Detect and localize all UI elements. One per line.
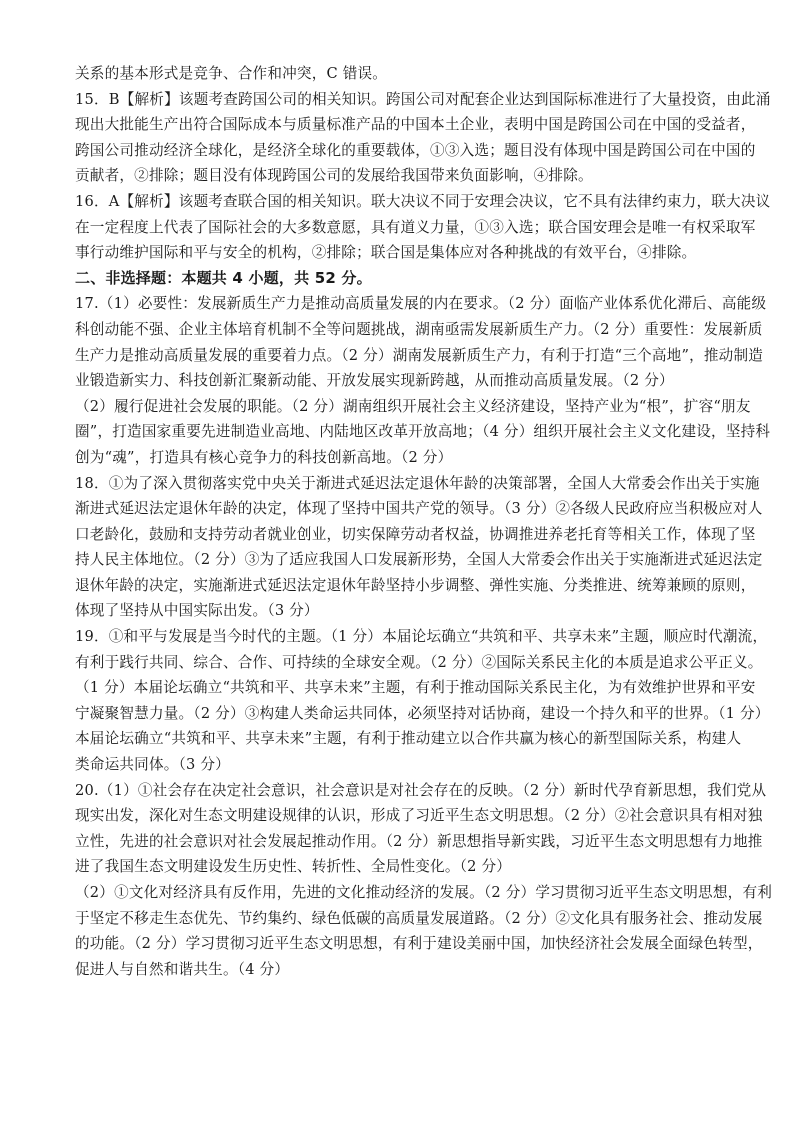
text-line: 立性，先进的社会意识对社会发展起推动作用。（2 分）新思想指导新实践，习近平生态… <box>75 829 730 855</box>
text-line: 创为“魂”，打造具有核心竞争力的科技创新高地。（2 分） <box>75 445 730 471</box>
text-line: 生产力是推动高质量发展的重要着力点。（2 分）湖南发展新质生产力，有利于打造“三… <box>75 343 730 369</box>
text-line: 进了我国生态文明建设发生历史性、转折性、全局性变化。（2 分） <box>75 854 730 880</box>
text-line: 现实出发，深化对生态文明建设规律的认识，形成了习近平生态文明思想。（2 分）②社… <box>75 803 730 829</box>
text-line: 于坚定不移走生态优先、节约集约、绿色低碳的高质量发展道路。（2 分）②文化具有服… <box>75 906 730 932</box>
text-line: 持人民主体地位。（2 分）③为了适应我国人口发展新形势，全国人大常委会作出关于实… <box>75 547 730 573</box>
text-line: （2）履行促进社会发展的职能。（2 分）湖南组织开展社会主义经济建设，坚持产业为… <box>75 394 730 420</box>
text-line: 现出大批能生产出符合国际成本与质量标准产品的中国本土企业，表明中国是跨国公司在中… <box>75 112 730 138</box>
answer-q17-part1: 17.（1）必要性：发展新质生产力是推动高质量发展的内在要求。（2 分）面临产业… <box>75 291 730 393</box>
text-line: 宁凝聚智慧力量。（2 分）③构建人类命运共同体，必须坚持对话协商，建设一个持久和… <box>75 701 730 727</box>
text-line: 跨国公司推动经济全球化，是经济全球化的重要载体，①③入选；题目没有体现中国是跨国… <box>75 138 730 164</box>
answer-q20-part2: （2）①文化对经济具有反作用，先进的文化推动经济的发展。（2 分）学习贯彻习近平… <box>75 880 730 982</box>
text-line: 有利于践行共同、综合、合作、可持续的全球安全观。（2 分）②国际关系民主化的本质… <box>75 650 730 676</box>
q14-tail-line: 关系的基本形式是竞争、合作和冲突，C 错误。 <box>75 61 730 87</box>
answer-document: 关系的基本形式是竞争、合作和冲突，C 错误。 15．B【解析】该题考查跨国公司的… <box>75 61 730 982</box>
text-line: （2）①文化对经济具有反作用，先进的文化推动经济的发展。（2 分）学习贯彻习近平… <box>75 880 730 906</box>
text-line: 19．①和平与发展是当今时代的主题。（1 分）本届论坛确立“共筑和平、共享未来”… <box>75 624 730 650</box>
text-line: 科创动能不强、企业主体培育机制不全等问题挑战，湖南亟需发展新质生产力。（2 分）… <box>75 317 730 343</box>
text-line: 业锻造新实力、科技创新汇聚新动能、开放发展实现新跨越，从而推动高质量发展。（2 … <box>75 368 730 394</box>
text-line: （1 分）本届论坛确立“共筑和平、共享未来”主题，有利于推动国际关系民主化，为有… <box>75 675 730 701</box>
text-line: 事行动维护国际和平与安全的机构，②排除；联合国是集体应对各种挑战的有效平台，④排… <box>75 240 730 266</box>
answer-q20-part1: 20.（1）①社会存在决定社会意识，社会意识是对社会存在的反映。（2 分）新时代… <box>75 778 730 880</box>
text-line: 体现了坚持从中国实际出发。（3 分） <box>75 598 730 624</box>
section-heading: 二、非选择题：本题共 4 小题，共 52 分。 <box>75 266 730 292</box>
text-line: 17.（1）必要性：发展新质生产力是推动高质量发展的内在要求。（2 分）面临产业… <box>75 291 730 317</box>
text-line: 20.（1）①社会存在决定社会意识，社会意识是对社会存在的反映。（2 分）新时代… <box>75 778 730 804</box>
text-line: 18．①为了深入贯彻落实党中央关于渐进式延迟法定退休年龄的决策部署，全国人大常委… <box>75 471 730 497</box>
answer-q18: 18．①为了深入贯彻落实党中央关于渐进式延迟法定退休年龄的决策部署，全国人大常委… <box>75 471 730 625</box>
text-line: 退休年龄的决定，实施渐进式延迟法定退休年龄坚持小步调整、弹性实施、分类推进、统筹… <box>75 573 730 599</box>
answer-q19: 19．①和平与发展是当今时代的主题。（1 分）本届论坛确立“共筑和平、共享未来”… <box>75 624 730 778</box>
answer-q16: 16．A【解析】该题考查联合国的相关知识。联大决议不同于安理会决议，它不具有法律… <box>75 189 730 266</box>
text-line: 类命运共同体。（3 分） <box>75 752 730 778</box>
text-line: 15．B【解析】该题考查跨国公司的相关知识。跨国公司对配套企业达到国际标准进行了… <box>75 87 730 113</box>
text-line: 促进人与自然和谐共生。（4 分） <box>75 957 730 983</box>
text-line: 的功能。（2 分）学习贯彻习近平生态文明思想，有利于建设美丽中国，加快经济社会发… <box>75 931 730 957</box>
text-line: 本届论坛确立“共筑和平、共享未来”主题，有利于推动建立以合作共赢为核心的新型国际… <box>75 726 730 752</box>
answer-q15: 15．B【解析】该题考查跨国公司的相关知识。跨国公司对配套企业达到国际标准进行了… <box>75 87 730 189</box>
text-line: 16．A【解析】该题考查联合国的相关知识。联大决议不同于安理会决议，它不具有法律… <box>75 189 730 215</box>
text-line: 贡献者，②排除；题目没有体现跨国公司的发展给我国带来负面影响，④排除。 <box>75 163 730 189</box>
text-line: 口老龄化，鼓励和支持劳动者就业创业，切实保障劳动者权益，协调推进养老托育等相关工… <box>75 522 730 548</box>
text-line: 圈”，打造国家重要先进制造业高地、内陆地区改革开放高地；（4 分）组织开展社会主… <box>75 419 730 445</box>
text-line: 在一定程度上代表了国际社会的大多数意愿，具有道义力量，①③入选；联合国安理会是唯… <box>75 215 730 241</box>
answer-q17-part2: （2）履行促进社会发展的职能。（2 分）湖南组织开展社会主义经济建设，坚持产业为… <box>75 394 730 471</box>
text-line: 渐进式延迟法定退休年龄的决定，体现了坚持中国共产党的领导。（3 分）②各级人民政… <box>75 496 730 522</box>
